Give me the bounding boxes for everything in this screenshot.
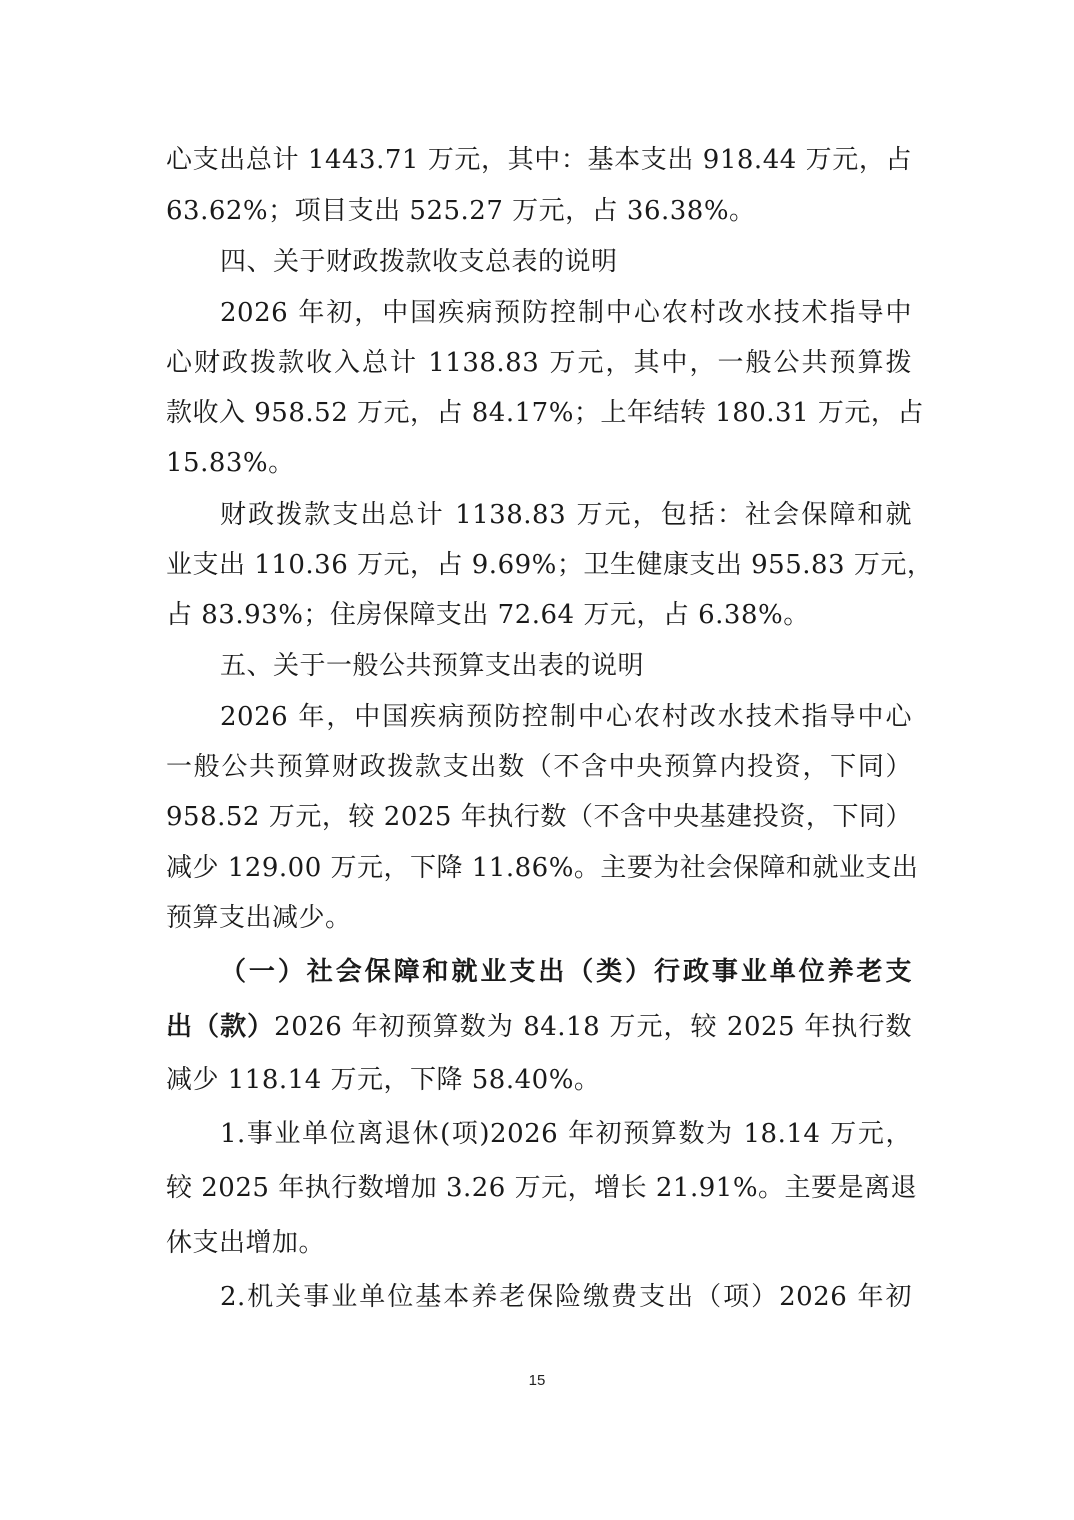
text-line: 较 2025 年执行数增加 3.26 万元，增长 21.91%。主要是离退 <box>166 1171 912 1205</box>
text-line: 出（款）2026 年初预算数为 84.18 万元，较 2025 年执行数 <box>166 1010 912 1044</box>
section-heading-5: 五、关于一般公共预算支出表的说明 <box>220 649 644 683</box>
text-line: 心财政拨款收入总计 1138.83 万元，其中，一般公共预算拨 <box>166 346 912 380</box>
text-line: 业支出 110.36 万元，占 9.69%；卫生健康支出 955.83 万元， <box>166 548 912 582</box>
text-line: 预算支出减少。 <box>166 901 912 935</box>
text-line: 休支出增加。 <box>166 1226 912 1260</box>
text-line: 财政拨款支出总计 1138.83 万元，包括：社会保障和就 <box>220 498 912 532</box>
text-line: 减少 129.00 万元，下降 11.86%。主要为社会保障和就业支出 <box>166 851 912 885</box>
text-line: 15.83%。 <box>166 446 912 480</box>
text-line: 占 83.93%；住房保障支出 72.64 万元，占 6.38%。 <box>166 598 912 632</box>
text-line: 款收入 958.52 万元，占 84.17%；上年结转 180.31 万元，占 <box>166 396 912 430</box>
text-line: 2026 年初，中国疾病预防控制中心农村改水技术指导中 <box>220 296 912 330</box>
text-line: 减少 118.14 万元，下降 58.40%。 <box>166 1063 912 1097</box>
text-line: 心支出总计 1443.71 万元，其中：基本支出 918.44 万元，占 <box>166 143 912 177</box>
text-line: 2026 年，中国疾病预防控制中心农村改水技术指导中心 <box>220 700 912 734</box>
subsection-heading: （一）社会保障和就业支出（类）行政事业单位养老支 <box>220 955 912 989</box>
section-heading-4: 四、关于财政拨款收支总表的说明 <box>220 245 618 279</box>
text-line: 958.52 万元，较 2025 年执行数（不含中央基建投资，下同） <box>166 800 912 834</box>
text-line: 63.62%；项目支出 525.27 万元，占 36.38%。 <box>166 194 912 228</box>
text-line: 2.机关事业单位基本养老保险缴费支出（项）2026 年初 <box>220 1280 912 1314</box>
text-span: 2026 年初预算数为 84.18 万元，较 2025 年执行数 <box>274 1012 912 1042</box>
text-line: 一般公共预算财政拨款支出数（不含中央预算内投资，下同） <box>166 750 912 784</box>
text-line: 1.事业单位离退休(项)2026 年初预算数为 18.14 万元， <box>220 1117 912 1151</box>
subsection-heading-cont: 出（款） <box>166 1012 274 1042</box>
document-page: 心支出总计 1443.71 万元，其中：基本支出 918.44 万元，占 63.… <box>0 0 1074 1520</box>
page-number: 15 <box>0 1372 1074 1389</box>
